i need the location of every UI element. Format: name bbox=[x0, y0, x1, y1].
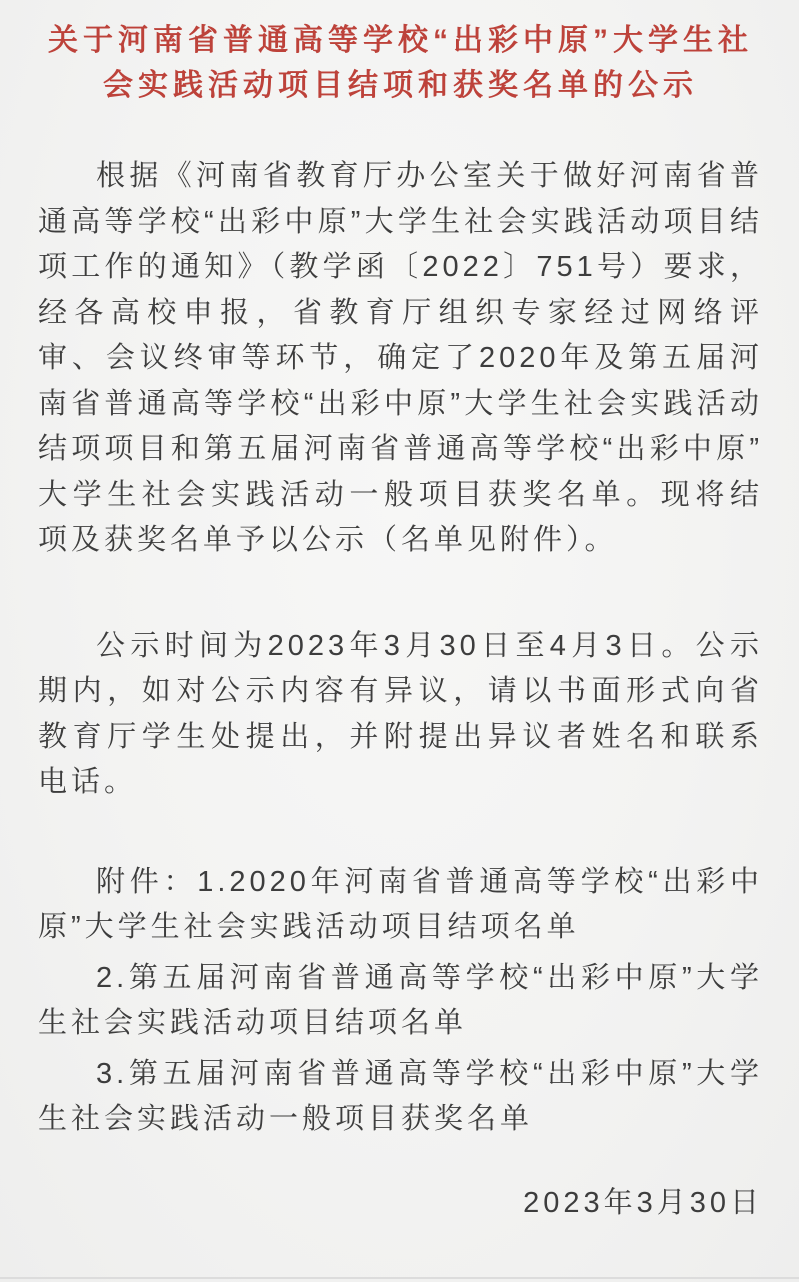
attachment-item-3: 3.第五届河南省普通高等学校“出彩中原”大学生社会实践活动一般项目获奖名单 bbox=[38, 1052, 763, 1143]
announcement-page: 关于河南省普通高等学校“出彩中原”大学生社 会实践活动项目结项和获奖名单的公示 … bbox=[0, 0, 799, 1282]
attachment-item-2: 2.第五届河南省普通高等学校“出彩中原”大学生社会实践活动项目结项名单 bbox=[38, 956, 763, 1047]
document-photo: { "page": { "colors": { "background": "#… bbox=[0, 0, 799, 1282]
page-title-line-2: 会实践活动项目结项和获奖名单的公示 bbox=[38, 63, 763, 108]
bottom-divider bbox=[0, 1277, 799, 1279]
attachments-list: 附件：1.2020年河南省普通高等学校“出彩中原”大学生社会实践活动项目结项名单… bbox=[38, 860, 763, 1143]
page-title: 关于河南省普通高等学校“出彩中原”大学生社 会实践活动项目结项和获奖名单的公示 bbox=[38, 18, 763, 108]
attachment-item-1: 附件：1.2020年河南省普通高等学校“出彩中原”大学生社会实践活动项目结项名单 bbox=[38, 860, 763, 951]
document-date: 2023年3月30日 bbox=[38, 1181, 763, 1226]
paragraph-publicity-period: 公示时间为2023年3月30日至4月3日。公示期内，如对公示内容有异议，请以书面… bbox=[38, 624, 763, 806]
page-title-line-1: 关于河南省普通高等学校“出彩中原”大学生社 bbox=[38, 18, 763, 63]
paragraph-basis: 根据《河南省教育厅办公室关于做好河南省普通高等学校“出彩中原”大学生社会实践活动… bbox=[38, 154, 763, 564]
